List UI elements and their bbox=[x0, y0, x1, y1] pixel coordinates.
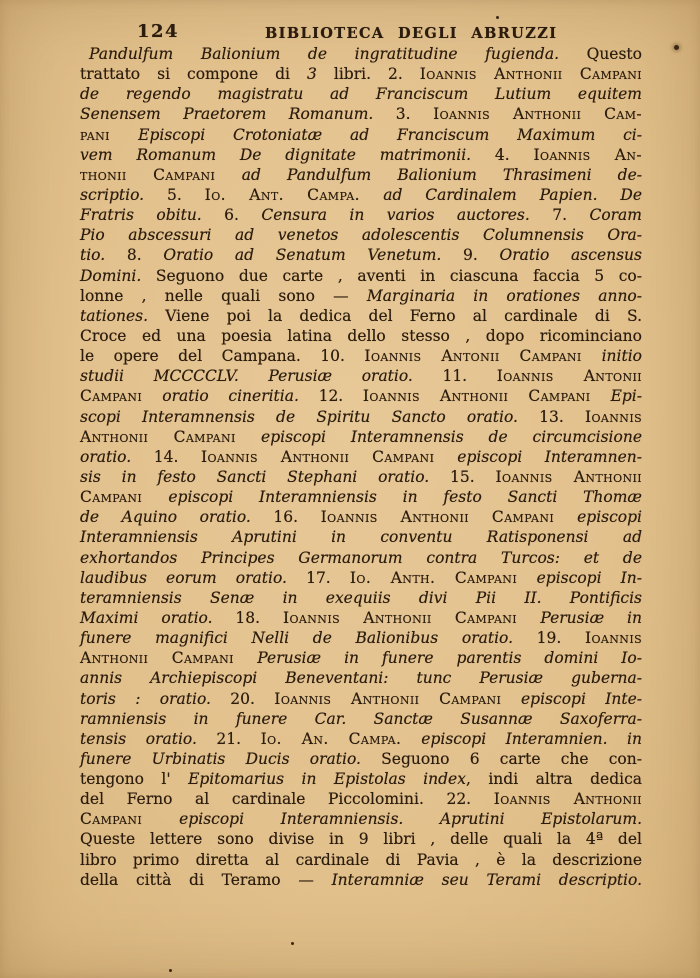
text-line: Domini. Seguono due carte , aventi in ci… bbox=[80, 266, 642, 286]
text-segment-ro: libro primo diretta al cardinale di Pavi… bbox=[80, 851, 642, 869]
text-line: scopi Interamnensis de Spiritu Sancto or… bbox=[80, 407, 642, 427]
text-segment-sc: Campani bbox=[80, 488, 168, 506]
ink-speck bbox=[169, 969, 172, 972]
text-line: funere Urbinatis Ducis oratio. Seguono 6… bbox=[80, 749, 642, 769]
text-segment-sc: thonii Campani bbox=[80, 166, 242, 184]
text-line: tationes. Viene poi la dedica del Ferno … bbox=[80, 306, 642, 326]
text-segment-sc: pani bbox=[80, 126, 138, 144]
text-segment-ro: , indi altra dedica bbox=[466, 770, 642, 788]
text-segment-ro: Croce ed una poesia latina dello stesso … bbox=[80, 327, 642, 345]
text-segment-it: Perusiæ in bbox=[540, 609, 642, 627]
text-line: exhortandos Principes Germanorum contra … bbox=[80, 548, 642, 568]
text-segment-it: Epitomarius in Epistolas index bbox=[188, 770, 466, 788]
text-segment-ro: 11. bbox=[413, 367, 497, 385]
text-line: Interamniensis Aprutini in conventu Rati… bbox=[80, 527, 642, 547]
text-segment-ro: libri. 2. bbox=[317, 65, 420, 83]
text-segment-it: Coram bbox=[589, 206, 642, 224]
text-segment-it: vem Romanum De dignitate matrimonii. bbox=[80, 146, 471, 164]
text-line: della città di Teramo — Interamniæ seu T… bbox=[80, 870, 642, 890]
text-segment-ro: 3. bbox=[373, 105, 433, 123]
book-page-scan: 124 BIBLIOTECA DEGLI ABRUZZI Pandulfum B… bbox=[0, 0, 700, 978]
text-segment-ro: 19. bbox=[513, 629, 585, 647]
text-line: del Ferno al cardinale Piccolomini. 22. … bbox=[80, 789, 642, 809]
text-segment-it: de regendo magistratu ad Franciscum Luti… bbox=[80, 85, 642, 103]
text-segment-it: scriptio. bbox=[80, 186, 144, 204]
text-segment-it: ramniensis in funere Car. Sanctæ Susannæ… bbox=[80, 710, 642, 728]
text-segment-it: Pio abscessuri ad venetos adolescentis C… bbox=[80, 226, 642, 244]
text-segment-ro: trattato si compone di bbox=[80, 65, 307, 83]
text-segment-it: Epi- bbox=[611, 387, 642, 405]
text-segment-ro: tengono l' bbox=[80, 770, 188, 788]
text-segment-it: episcopi Inte- bbox=[521, 690, 642, 708]
text-segment-ro: 5. bbox=[144, 186, 205, 204]
text-segment-ro: 9. bbox=[441, 246, 499, 264]
text-segment-ro: 21. bbox=[197, 730, 261, 748]
text-segment-ro: 15. bbox=[429, 468, 495, 486]
text-segment-it: Interamniæ seu Terami descriptio. bbox=[332, 871, 642, 889]
text-line: lonne , nelle quali sono — Marginaria in… bbox=[80, 286, 642, 306]
text-segment-it: episcopi Interamnen- bbox=[457, 448, 642, 466]
text-segment-ro: 13. bbox=[518, 408, 585, 426]
text-segment-it: Senensem Praetorem Romanum. bbox=[80, 105, 373, 123]
text-segment-sc: Ioannis Anthonii Campani bbox=[363, 387, 611, 405]
text-segment-it: tensis oratio. bbox=[80, 730, 197, 748]
text-segment-ro: lonne , nelle quali sono — bbox=[80, 287, 367, 305]
text-line: Campani oratio cineritia. 12. Ioannis An… bbox=[80, 386, 642, 406]
text-line: pani Episcopi Crotoniatæ ad Franciscum M… bbox=[80, 125, 642, 145]
text-segment-it: scopi Interamnensis de Spiritu Sancto or… bbox=[80, 408, 518, 426]
page-number: 124 bbox=[137, 21, 179, 42]
text-segment-it: Pandulfum Balionium de ingratitudine fug… bbox=[89, 45, 559, 63]
text-segment-ro: le opere del Campana. 10. bbox=[80, 347, 364, 365]
text-segment-it: Interamniensis Aprutini in conventu Rati… bbox=[80, 528, 642, 546]
text-segment-ro: 18. bbox=[213, 609, 283, 627]
text-segment-it: Oratio ascensus bbox=[500, 246, 643, 264]
text-line: de regendo magistratu ad Franciscum Luti… bbox=[80, 84, 642, 104]
text-line: oratio. 14. Ioannis Anthonii Campani epi… bbox=[80, 447, 642, 467]
text-segment-it: ad Cardinalem Papien. De bbox=[383, 186, 642, 204]
text-line: Fratris obitu. 6. Censura in varios auct… bbox=[80, 205, 642, 225]
text-line: Croce ed una poesia latina dello stesso … bbox=[80, 326, 642, 346]
text-segment-sc: Io. Ant. Campa. bbox=[205, 186, 384, 204]
text-line: thonii Campani ad Pandulfum Balionium Th… bbox=[80, 165, 642, 185]
text-segment-it: Censura in varios auctores. bbox=[261, 206, 529, 224]
text-line: Pio abscessuri ad venetos adolescentis C… bbox=[80, 225, 642, 245]
text-segment-it: studii MCCCCLV. Perusiæ oratio. bbox=[80, 367, 413, 385]
text-line: tensis oratio. 21. Io. An. Campa. episco… bbox=[80, 729, 642, 749]
text-line: laudibus eorum oratio. 17. Io. Anth. Cam… bbox=[80, 568, 642, 588]
text-line: Senensem Praetorem Romanum. 3. Ioannis A… bbox=[80, 104, 642, 124]
text-line: Anthonii Campani Perusiæ in funere paren… bbox=[80, 648, 642, 668]
text-line: Maximi oratio. 18. Ioannis Anthonii Camp… bbox=[80, 608, 642, 628]
text-segment-it: episcopi Interamnien. in bbox=[421, 730, 642, 748]
text-segment-sc: Anthonii Campani bbox=[80, 428, 261, 446]
text-segment-it: ad Pandulfum Balionium Thrasimeni de- bbox=[242, 166, 642, 184]
text-line: de Aquino oratio. 16. Ioannis Anthonii C… bbox=[80, 507, 642, 527]
text-segment-sc: Ioannis Anthonii bbox=[494, 790, 642, 808]
text-line: vem Romanum De dignitate matrimonii. 4. … bbox=[80, 145, 642, 165]
text-segment-sc: Ioannis Anthonii Campani bbox=[420, 65, 642, 83]
text-line: annis Archiepiscopi Beneventani: tunc Pe… bbox=[80, 668, 642, 688]
body-text-block: Pandulfum Balionium de ingratitudine fug… bbox=[80, 44, 642, 890]
text-segment-it: 3 bbox=[307, 65, 317, 83]
text-line: toris : oratio. 20. Ioannis Anthonii Cam… bbox=[80, 689, 642, 709]
text-segment-ro: 7. bbox=[530, 206, 590, 224]
text-segment-ro: 12. bbox=[299, 387, 363, 405]
text-segment-sc: Ioannis Antonii Campani bbox=[364, 347, 601, 365]
text-segment-it: tio. bbox=[80, 246, 105, 264]
text-line: ramniensis in funere Car. Sanctæ Susannæ… bbox=[80, 709, 642, 729]
text-segment-sc: Ioannis Anthonii Campani bbox=[201, 448, 457, 466]
text-segment-ro: della città di Teramo — bbox=[80, 871, 332, 889]
text-segment-sc: Ioannis Anthonii bbox=[496, 468, 643, 486]
text-line: Anthonii Campani episcopi Interamnensis … bbox=[80, 427, 642, 447]
text-segment-ro: 17. bbox=[287, 569, 350, 587]
text-line: Pandulfum Balionium de ingratitudine fug… bbox=[80, 44, 642, 64]
text-segment-it: tationes. bbox=[80, 307, 148, 325]
ink-speck bbox=[291, 942, 294, 945]
text-segment-ro: Seguono due carte , aventi in ciascuna f… bbox=[141, 267, 642, 285]
text-line: tengono l' Epitomarius in Epistolas inde… bbox=[80, 769, 642, 789]
text-segment-it: Maximi oratio. bbox=[80, 609, 213, 627]
text-segment-ro: Queste lettere sono divise in 9 libri , … bbox=[80, 830, 642, 848]
text-segment-it: teramniensis Senæ in exequiis divi Pii I… bbox=[80, 589, 642, 607]
text-segment-it: Marginaria in orationes anno- bbox=[367, 287, 642, 305]
text-segment-it: oratio cineritia. bbox=[162, 387, 299, 405]
text-line: Campani episcopi Interamniensis in festo… bbox=[80, 487, 642, 507]
text-segment-sc: Ioannis Antonii bbox=[497, 367, 642, 385]
text-line: funere magnifici Nelli de Balionibus ora… bbox=[80, 628, 642, 648]
text-line: sis in festo Sancti Stephani oratio. 15.… bbox=[80, 467, 642, 487]
text-segment-it: episcopi bbox=[577, 508, 642, 526]
text-segment-sc: Ioannis Anthonii Campani bbox=[274, 690, 521, 708]
ink-speck bbox=[496, 16, 499, 19]
ink-speck bbox=[674, 45, 679, 50]
text-segment-sc: Campani bbox=[80, 387, 162, 405]
text-segment-ro: 16. bbox=[251, 508, 321, 526]
text-segment-sc: Io. Anth. Campani bbox=[350, 569, 537, 587]
text-segment-ro: Viene poi la dedica del Ferno al cardina… bbox=[148, 307, 642, 325]
text-segment-it: Domini. bbox=[80, 267, 141, 285]
text-segment-it: sis in festo Sancti Stephani oratio. bbox=[80, 468, 429, 486]
text-segment-sc: Ioannis Anthonii Cam- bbox=[433, 105, 642, 123]
text-segment-it: Episcopi Crotoniatæ ad Franciscum Maximu… bbox=[138, 126, 642, 144]
text-segment-sc: Campani bbox=[80, 810, 179, 828]
text-segment-it: exhortandos Principes Germanorum contra … bbox=[80, 549, 642, 567]
text-segment-it: annis Archiepiscopi Beneventani: tunc Pe… bbox=[80, 669, 642, 687]
text-segment-it: toris : oratio. bbox=[80, 690, 211, 708]
text-segment-ro: 20. bbox=[211, 690, 274, 708]
text-segment-it: episcopi Interamniensis in festo Sancti … bbox=[168, 488, 642, 506]
text-segment-ro: 4. bbox=[471, 146, 533, 164]
text-segment-sc: Io. An. Campa. bbox=[261, 730, 422, 748]
text-line: libro primo diretta al cardinale di Pavi… bbox=[80, 850, 642, 870]
text-line: scriptio. 5. Io. Ant. Campa. ad Cardinal… bbox=[80, 185, 642, 205]
text-segment-sc: Ioannis bbox=[585, 408, 642, 426]
text-segment-it: laudibus eorum oratio. bbox=[80, 569, 287, 587]
text-segment-ro: 8. bbox=[105, 246, 163, 264]
text-segment-it: initio bbox=[602, 347, 642, 365]
text-segment-ro: 14. bbox=[131, 448, 201, 466]
text-segment-it: episcopi Interamniensis. Aprutini Episto… bbox=[179, 810, 642, 828]
text-segment-it: de Aquino oratio. bbox=[80, 508, 251, 526]
text-line: studii MCCCCLV. Perusiæ oratio. 11. Ioan… bbox=[80, 366, 642, 386]
text-segment-sc: Ioannis Anthonii Campani bbox=[321, 508, 577, 526]
text-segment-it: Fratris obitu. bbox=[80, 206, 202, 224]
text-segment-ro: 6. bbox=[202, 206, 262, 224]
text-line: tio. 8. Oratio ad Senatum Venetum. 9. Or… bbox=[80, 245, 642, 265]
text-segment-it: episcopi Interamnensis de circumcisione bbox=[261, 428, 642, 446]
text-segment-ro: Questo bbox=[559, 45, 642, 63]
text-segment-it: episcopi In- bbox=[537, 569, 642, 587]
text-segment-sc: Anthonii Campani bbox=[80, 649, 257, 667]
text-line: teramniensis Senæ in exequiis divi Pii I… bbox=[80, 588, 642, 608]
text-segment-it: oratio. bbox=[80, 448, 131, 466]
text-segment-ro: del Ferno al cardinale Piccolomini. 22. bbox=[80, 790, 494, 808]
text-line: le opere del Campana. 10. Ioannis Antoni… bbox=[80, 346, 642, 366]
text-segment-sc: Ioannis An- bbox=[534, 146, 642, 164]
text-segment-sc: Ioannis Anthonii Campani bbox=[283, 609, 540, 627]
text-line: Campani episcopi Interamniensis. Aprutin… bbox=[80, 809, 642, 829]
text-segment-sc: Ioannis bbox=[585, 629, 642, 647]
text-segment-it: Perusiæ in funere parentis domini Io- bbox=[257, 649, 642, 667]
text-line: trattato si compone di 3 libri. 2. Ioann… bbox=[80, 64, 642, 84]
text-segment-it: Oratio ad Senatum Venetum. bbox=[163, 246, 441, 264]
running-header: BIBLIOTECA DEGLI ABRUZZI bbox=[265, 25, 557, 42]
text-segment-it: funere Urbinatis Ducis oratio. bbox=[80, 750, 361, 768]
text-segment-it: funere magnifici Nelli de Balionibus ora… bbox=[80, 629, 513, 647]
text-segment-ro: Seguono 6 carte che con- bbox=[361, 750, 642, 768]
text-line: Queste lettere sono divise in 9 libri , … bbox=[80, 829, 642, 849]
